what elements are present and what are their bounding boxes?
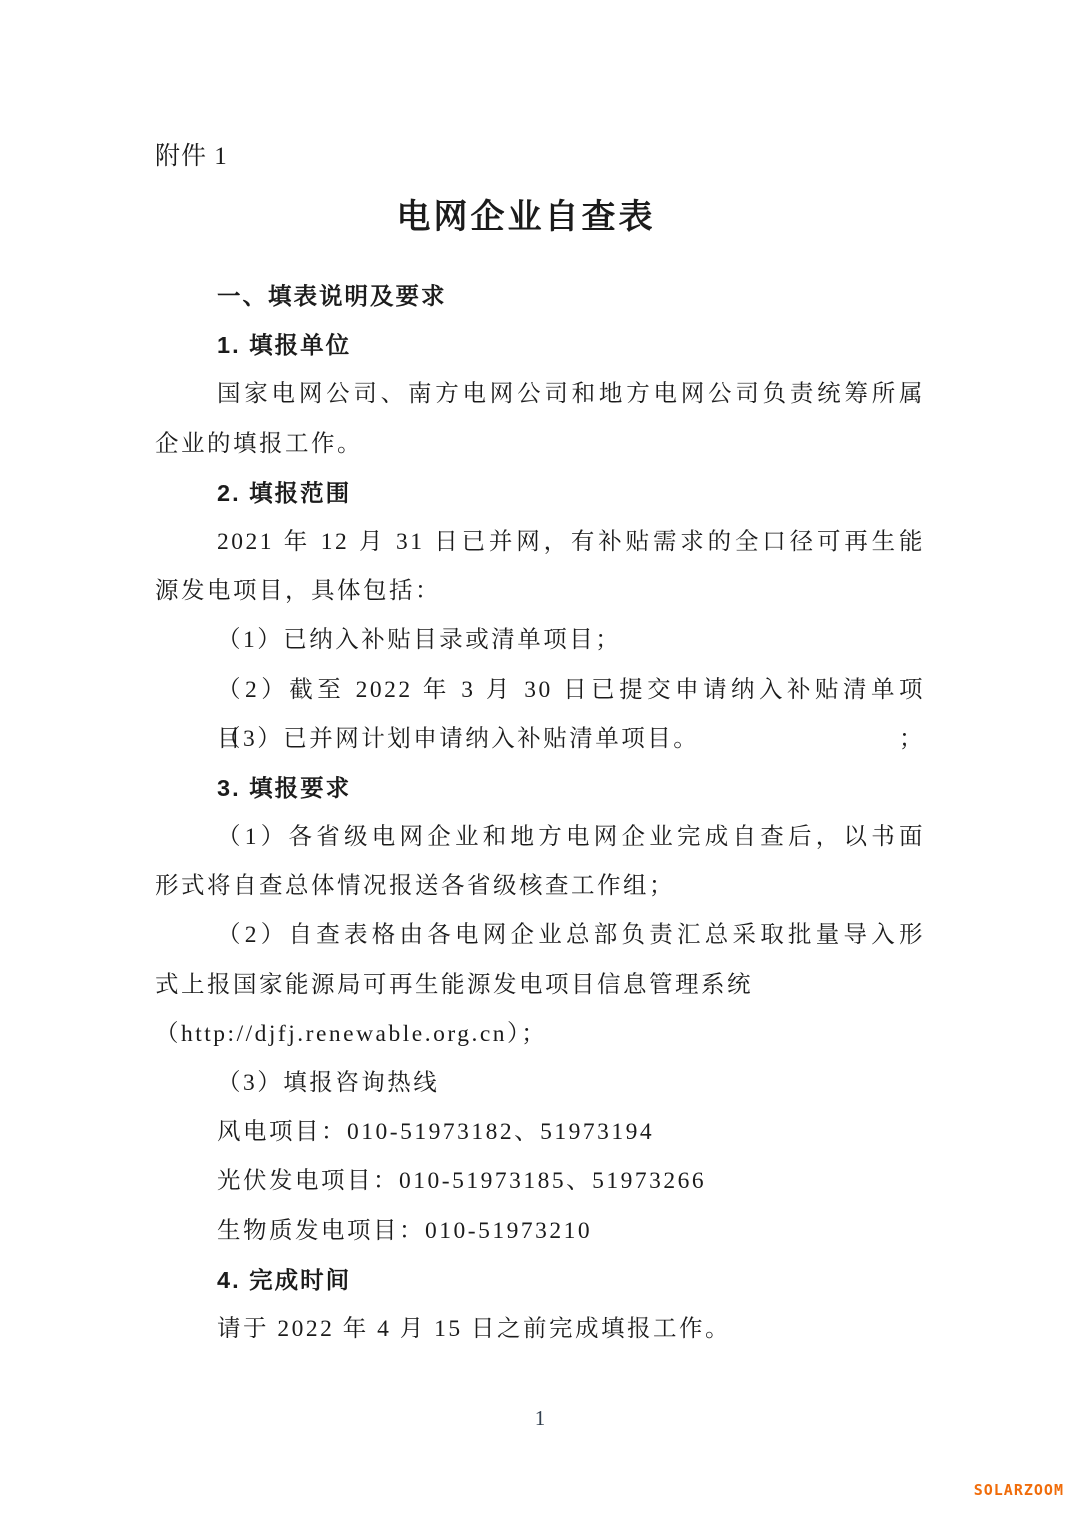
subsection-heading-completion-time: 4. 完成时间 bbox=[155, 1256, 925, 1305]
hotline-biomass-projects: 生物质发电项目：010-51973210 bbox=[155, 1207, 925, 1256]
paragraph-scope-line2: 源发电项目，具体包括： bbox=[155, 567, 925, 616]
paragraph-scope-line1: 2021 年 12 月 31 日已并网，有补贴需求的全口径可再生能 bbox=[155, 518, 925, 567]
document-title: 电网企业自查表 bbox=[141, 194, 911, 240]
scope-item-2: （2）截至 2022 年 3 月 30 日已提交申请纳入补贴清单项目； bbox=[155, 666, 925, 715]
hotline-wind-projects: 风电项目：010-51973182、51973194 bbox=[155, 1108, 925, 1157]
scope-item-1: （1）已纳入补贴目录或清单项目； bbox=[155, 616, 925, 665]
paragraph-reporting-unit-line2: 企业的填报工作。 bbox=[155, 420, 925, 469]
subsection-heading-reporting-requirements: 3. 填报要求 bbox=[155, 764, 925, 813]
document-body: 一、填表说明及要求 1. 填报单位 国家电网公司、南方电网公司和地方电网公司负责… bbox=[155, 272, 925, 1354]
requirement-item-1-line2: 形式将自查总体情况报送各省级核查工作组； bbox=[155, 862, 925, 911]
document-content: 附件 1 电网企业自查表 一、填表说明及要求 1. 填报单位 国家电网公司、南方… bbox=[155, 140, 925, 1354]
requirement-item-1-line1: （1）各省级电网企业和地方电网企业完成自查后，以书面 bbox=[155, 813, 925, 862]
hotline-solar-projects: 光伏发电项目：010-51973185、51973266 bbox=[155, 1157, 925, 1206]
subsection-heading-reporting-scope: 2. 填报范围 bbox=[155, 469, 925, 518]
subsection-heading-reporting-unit: 1. 填报单位 bbox=[155, 321, 925, 370]
solarzoom-watermark: SOLARZOOM bbox=[974, 1481, 1064, 1499]
requirement-item-2-line2: 式上报国家能源局可再生能源发电项目信息管理系统 bbox=[155, 961, 925, 1010]
document-page: 附件 1 电网企业自查表 一、填表说明及要求 1. 填报单位 国家电网公司、南方… bbox=[0, 0, 1080, 1527]
requirement-item-3-hotline-heading: （3）填报咨询热线 bbox=[155, 1059, 925, 1108]
paragraph-reporting-unit-line1: 国家电网公司、南方电网公司和地方电网公司负责统筹所属 bbox=[155, 370, 925, 419]
attachment-label: 附件 1 bbox=[155, 140, 925, 174]
reporting-system-url: （http://djfj.renewable.org.cn）； bbox=[155, 1010, 925, 1059]
section-heading-instructions: 一、填表说明及要求 bbox=[155, 272, 925, 321]
paragraph-completion-deadline: 请于 2022 年 4 月 15 日之前完成填报工作。 bbox=[155, 1305, 925, 1354]
requirement-item-2-line1: （2）自查表格由各电网企业总部负责汇总采取批量导入形 bbox=[155, 911, 925, 960]
page-number: 1 bbox=[0, 1406, 1080, 1431]
